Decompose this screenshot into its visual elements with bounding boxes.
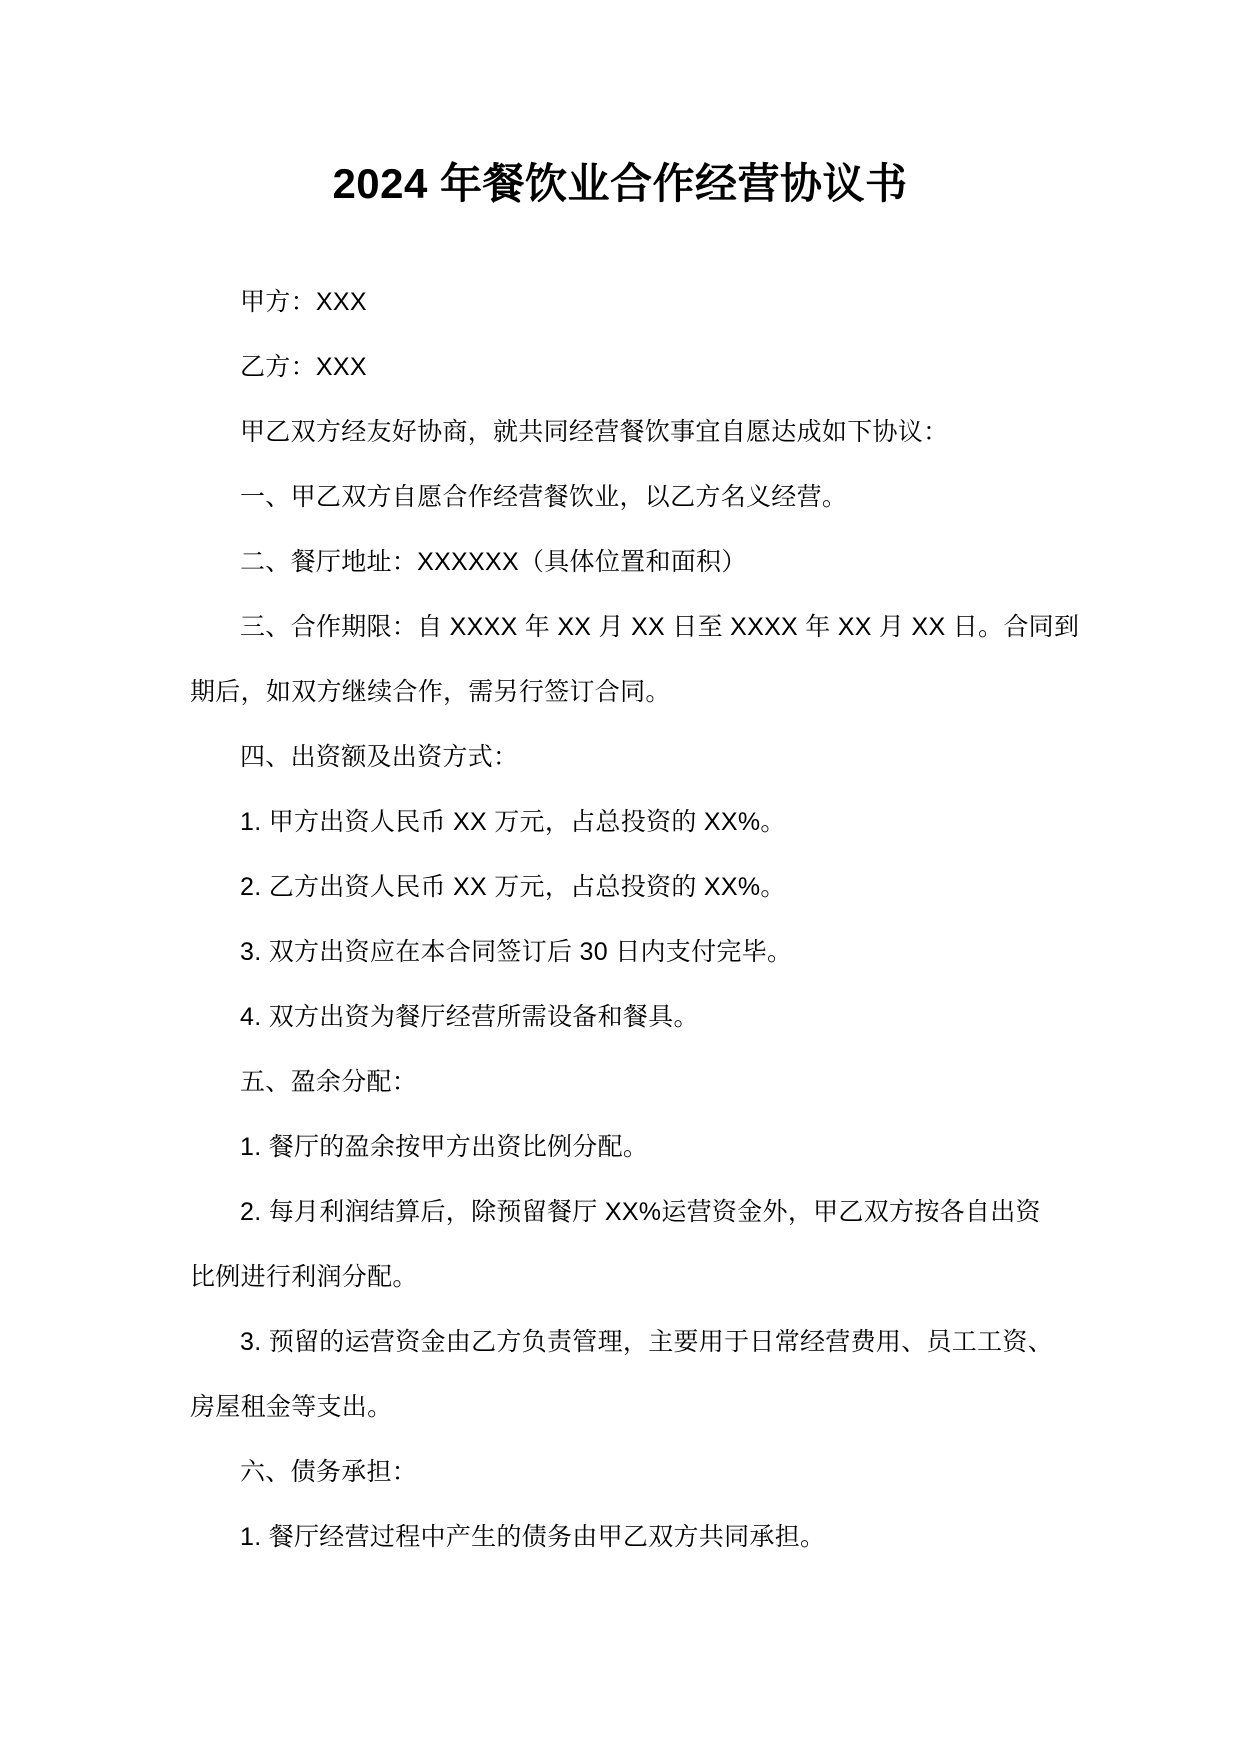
paragraph-line: 3. 预留的运营资金由乙方负责管理，主要用于日常经营费用、员工工资、 (190, 1310, 1070, 1375)
paragraph-line: 4. 双方出资为餐厅经营所需设备和餐具。 (190, 985, 1070, 1050)
paragraph-line: 3. 双方出资应在本合同签订后 30 日内支付完毕。 (190, 920, 1070, 985)
paragraph-line: 甲方：XXX (190, 270, 1070, 335)
paragraph-line: 房屋租金等支出。 (190, 1375, 1070, 1440)
paragraph-line: 2. 每月利润结算后，除预留餐厅 XX%运营资金外，甲乙双方按各自出资 (190, 1180, 1070, 1245)
document-title: 2024 年餐饮业合作经营协议书 (0, 151, 1240, 216)
paragraph-line: 1. 餐厅经营过程中产生的债务由甲乙双方共同承担。 (190, 1505, 1070, 1570)
paragraph-line: 1. 餐厅的盈余按甲方出资比例分配。 (190, 1115, 1070, 1180)
paragraph-line: 比例进行利润分配。 (190, 1245, 1070, 1310)
paragraph-line: 四、出资额及出资方式： (190, 725, 1070, 790)
paragraph-line: 一、甲乙双方自愿合作经营餐饮业，以乙方名义经营。 (190, 465, 1070, 530)
paragraph-line: 五、盈余分配： (190, 1050, 1070, 1115)
paragraph-line: 二、餐厅地址：XXXXXX（具体位置和面积） (190, 530, 1070, 595)
paragraph-line: 六、债务承担： (190, 1440, 1070, 1505)
document-body: 甲方：XXX 乙方：XXX 甲乙双方经友好协商，就共同经营餐饮事宜自愿达成如下协… (0, 270, 1240, 1570)
paragraph-line: 期后，如双方继续合作，需另行签订合同。 (190, 660, 1070, 725)
paragraph-line: 三、合作期限：自 XXXX 年 XX 月 XX 日至 XXXX 年 XX 月 X… (190, 595, 1070, 660)
paragraph-line: 甲乙双方经友好协商，就共同经营餐饮事宜自愿达成如下协议： (190, 400, 1070, 465)
document-page: 2024 年餐饮业合作经营协议书 甲方：XXX 乙方：XXX 甲乙双方经友好协商… (0, 0, 1240, 1753)
paragraph-line: 乙方：XXX (190, 335, 1070, 400)
paragraph-line: 2. 乙方出资人民币 XX 万元，占总投资的 XX%。 (190, 855, 1070, 920)
paragraph-line: 1. 甲方出资人民币 XX 万元，占总投资的 XX%。 (190, 790, 1070, 855)
